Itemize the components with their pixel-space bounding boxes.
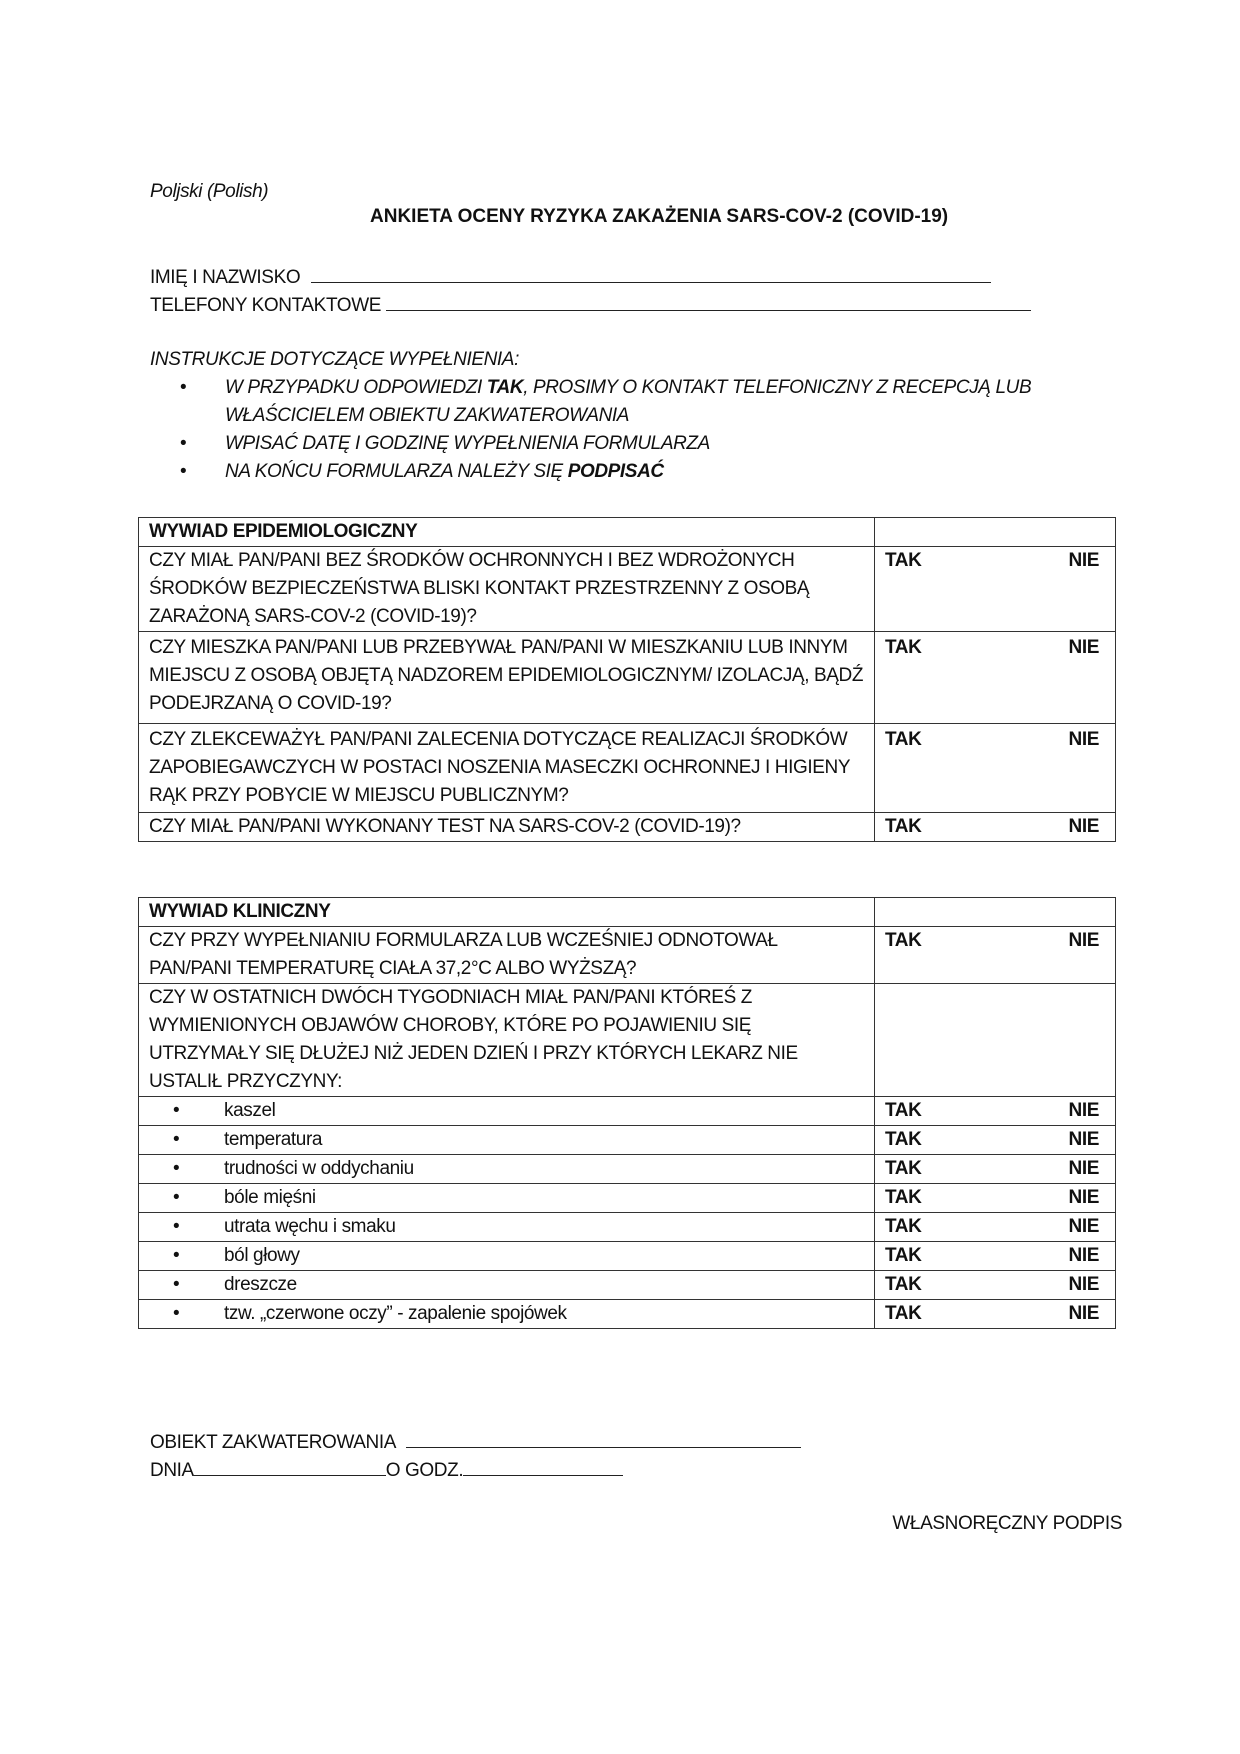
yes-option[interactable]: TAK — [885, 1155, 921, 1183]
bullet-icon: • — [173, 1184, 179, 1212]
bullet-icon: • — [173, 1155, 179, 1183]
yes-option[interactable]: TAK — [885, 927, 921, 955]
instructions-list: • W PRZYPADKU ODPOWIEDZI TAK, PROSIMY O … — [150, 374, 1125, 486]
name-label: IMIĘ I NAZWISKO — [150, 267, 300, 288]
no-option[interactable]: NIE — [1069, 726, 1099, 754]
symptom-label: bóle mięśni — [224, 1187, 316, 1208]
no-option[interactable]: NIE — [1069, 1213, 1099, 1241]
phone-label: TELEFONY KONTAKTOWE — [150, 295, 381, 316]
no-option[interactable]: NIE — [1069, 813, 1099, 841]
symptom-label: tzw. „czerwone oczy” - zapalenie spojówe… — [224, 1303, 567, 1324]
no-option[interactable]: NIE — [1069, 1300, 1099, 1328]
epidemiological-heading: WYWIAD EPIDEMIOLOGICZNY — [139, 518, 875, 547]
table-row: CZY PRZY WYPEŁNIANIU FORMULARZA LUB WCZE… — [139, 927, 1116, 984]
symptom-label: utrata węchu i smaku — [224, 1216, 396, 1237]
table-row: CZY ZLEKCEWAŻYŁ PAN/PANI ZALECENIA DOTYC… — [139, 724, 1116, 813]
yes-option[interactable]: TAK — [885, 726, 921, 754]
no-option[interactable]: NIE — [1069, 547, 1099, 575]
no-option[interactable]: NIE — [1069, 1242, 1099, 1270]
language-label: Poljski (Polish) — [150, 178, 268, 206]
instruction-item: • W PRZYPADKU ODPOWIEDZI TAK, PROSIMY O … — [150, 374, 1125, 430]
bullet-icon: • — [180, 430, 186, 458]
page-title: ANKIETA OCENY RYZYKA ZAKAŻENIA SARS-COV-… — [370, 206, 948, 228]
name-field[interactable] — [311, 262, 991, 283]
symptom-row: •dreszcze TAKNIE — [139, 1271, 1116, 1300]
clinical-table: WYWIAD KLINICZNY CZY PRZY WYPEŁNIANIU FO… — [138, 897, 1116, 1329]
symptom-row: •tzw. „czerwone oczy” - zapalenie spojów… — [139, 1300, 1116, 1329]
table-header-row: WYWIAD EPIDEMIOLOGICZNY — [139, 518, 1116, 547]
yes-option[interactable]: TAK — [885, 1213, 921, 1241]
yes-option[interactable]: TAK — [885, 1097, 921, 1125]
instruction-item: • NA KOŃCU FORMULARZA NALEŻY SIĘ PODPISA… — [150, 458, 1125, 486]
no-option[interactable]: NIE — [1069, 1184, 1099, 1212]
table-row: CZY MIAŁ PAN/PANI BEZ ŚRODKÓW OCHRONNYCH… — [139, 547, 1116, 632]
symptom-label: temperatura — [224, 1129, 322, 1150]
yes-option[interactable]: TAK — [885, 1271, 921, 1299]
symptom-row: •utrata węchu i smaku TAKNIE — [139, 1213, 1116, 1242]
no-option[interactable]: NIE — [1069, 1097, 1099, 1125]
yes-option[interactable]: TAK — [885, 813, 921, 841]
yes-option[interactable]: TAK — [885, 1126, 921, 1154]
instructions-title: INSTRUKCJE DOTYCZĄCE WYPEŁNIENIA: — [150, 346, 519, 374]
table-row: CZY MIAŁ PAN/PANI WYKONANY TEST NA SARS-… — [139, 813, 1116, 842]
symptom-row: •bóle mięśni TAKNIE — [139, 1184, 1116, 1213]
signature-label: WŁASNORĘCZNY PODPIS — [892, 1510, 1122, 1538]
symptom-row: •ból głowy TAKNIE — [139, 1242, 1116, 1271]
table-header-row: WYWIAD KLINICZNY — [139, 898, 1116, 927]
bullet-icon: • — [173, 1271, 179, 1299]
symptom-label: dreszcze — [224, 1274, 297, 1295]
yes-option[interactable]: TAK — [885, 1242, 921, 1270]
yes-option[interactable]: TAK — [885, 1300, 921, 1328]
no-option[interactable]: NIE — [1069, 1271, 1099, 1299]
no-option[interactable]: NIE — [1069, 634, 1099, 662]
name-field-row: IMIĘ I NAZWISKO — [150, 262, 991, 292]
table-row: CZY W OSTATNICH DWÓCH TYGODNIACH MIAŁ PA… — [139, 984, 1116, 1097]
question-text: CZY PRZY WYPEŁNIANIU FORMULARZA LUB WCZE… — [139, 927, 875, 984]
accommodation-row: OBIEKT ZAKWATEROWANIA — [150, 1427, 801, 1457]
symptom-row: •kaszel TAKNIE — [139, 1097, 1116, 1126]
question-text: CZY MIESZKA PAN/PANI LUB PRZEBYWAŁ PAN/P… — [139, 632, 875, 724]
bullet-icon: • — [180, 458, 186, 486]
date-label: DNIA — [150, 1460, 194, 1481]
no-option[interactable]: NIE — [1069, 1126, 1099, 1154]
symptom-label: trudności w oddychaniu — [224, 1158, 414, 1179]
yes-option[interactable]: TAK — [885, 547, 921, 575]
bullet-icon: • — [173, 1213, 179, 1241]
time-label: O GODZ. — [386, 1460, 463, 1481]
question-text: CZY MIAŁ PAN/PANI WYKONANY TEST NA SARS-… — [139, 813, 875, 842]
accommodation-label: OBIEKT ZAKWATEROWANIA — [150, 1432, 395, 1453]
symptom-row: •temperatura TAKNIE — [139, 1126, 1116, 1155]
date-time-row: DNIAO GODZ. — [150, 1455, 623, 1485]
no-option[interactable]: NIE — [1069, 1155, 1099, 1183]
question-text: CZY W OSTATNICH DWÓCH TYGODNIACH MIAŁ PA… — [139, 984, 875, 1097]
table-row: CZY MIESZKA PAN/PANI LUB PRZEBYWAŁ PAN/P… — [139, 632, 1116, 724]
symptom-label: kaszel — [224, 1100, 275, 1121]
date-field[interactable] — [194, 1455, 386, 1476]
epidemiological-table: WYWIAD EPIDEMIOLOGICZNY CZY MIAŁ PAN/PAN… — [138, 517, 1116, 842]
clinical-heading: WYWIAD KLINICZNY — [139, 898, 875, 927]
yes-option[interactable]: TAK — [885, 1184, 921, 1212]
question-text: CZY MIAŁ PAN/PANI BEZ ŚRODKÓW OCHRONNYCH… — [139, 547, 875, 632]
bullet-icon: • — [173, 1097, 179, 1125]
yes-option[interactable]: TAK — [885, 634, 921, 662]
symptom-label: ból głowy — [224, 1245, 300, 1266]
instruction-item: • WPISAĆ DATĘ I GODZINĘ WYPEŁNIENIA FORM… — [150, 430, 1125, 458]
bullet-icon: • — [173, 1242, 179, 1270]
bullet-icon: • — [180, 374, 186, 402]
phone-field[interactable] — [386, 290, 1031, 311]
accommodation-field[interactable] — [406, 1427, 801, 1448]
time-field[interactable] — [463, 1455, 623, 1476]
bullet-icon: • — [173, 1126, 179, 1154]
question-text: CZY ZLEKCEWAŻYŁ PAN/PANI ZALECENIA DOTYC… — [139, 724, 875, 813]
phone-field-row: TELEFONY KONTAKTOWE — [150, 290, 1031, 320]
bullet-icon: • — [173, 1300, 179, 1328]
no-option[interactable]: NIE — [1069, 927, 1099, 955]
symptom-row: •trudności w oddychaniu TAKNIE — [139, 1155, 1116, 1184]
